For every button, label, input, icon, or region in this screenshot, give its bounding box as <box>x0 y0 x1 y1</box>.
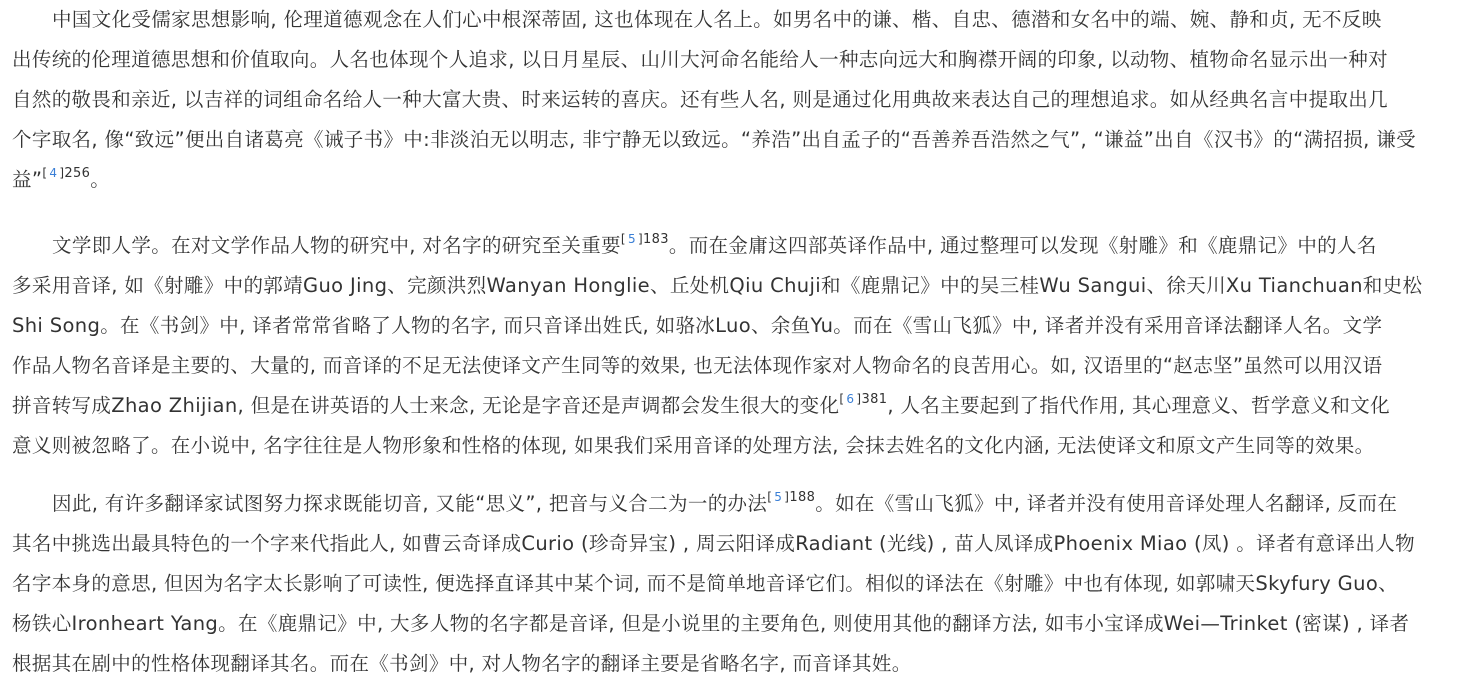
citation-page-number: 256 <box>64 166 90 181</box>
text-segment: 因此, 有许多翻译家试图努力探求既能切音, 又能“思义”, 把音与义合二为一的办… <box>52 492 767 515</box>
citation-link[interactable]: 4 <box>47 166 59 180</box>
text-line: 其名中挑选出最具特色的一个字来代指此人, 如曹云奇译成Curio (珍奇异宝) … <box>12 524 1452 564</box>
text-segment: 文学即人学。在对文学作品人物的研究中, 对名字的研究至关重要 <box>52 234 621 257</box>
citation-link[interactable]: 5 <box>772 490 784 504</box>
text-line: 因此, 有许多翻译家试图努力探求既能切音, 又能“思义”, 把音与义合二为一的办… <box>12 484 1452 524</box>
text-line: 作品人物名音译是主要的、大量的, 而音译的不足无法使译文产生同等的效果, 也无法… <box>12 346 1452 386</box>
text-segment: 。如在《雪山飞狐》中, 译者并没有使用音译处理人名翻译, 反而在 <box>815 492 1397 515</box>
text-line: 出传统的伦理道德思想和价值取向。人名也体现个人追求, 以日月星辰、山川大河命名能… <box>12 40 1452 80</box>
text-line: 根据其在剧中的性格体现翻译其名。而在《书剑》中, 对人物名字的翻译主要是省略名字… <box>12 644 1452 684</box>
text-segment: 益” <box>12 168 42 191</box>
text-line: 益”[4]256。 <box>12 160 1452 200</box>
citation-reference[interactable]: [4] <box>42 166 64 180</box>
text-line: 意义则被忽略了。在小说中, 名字往往是人物形象和性格的体现, 如果我们采用音译的… <box>12 426 1452 466</box>
citation-reference[interactable]: [5] <box>767 490 789 504</box>
citation-link[interactable]: 6 <box>844 392 856 406</box>
citation-page-number: 183 <box>643 232 669 247</box>
text-line: 个字取名, 像“致远”便出自诸葛亮《诫子书》中:非淡泊无以明志, 非宁静无以致远… <box>12 120 1452 160</box>
text-segment: 。 <box>90 168 110 191</box>
paragraph-3: 因此, 有许多翻译家试图努力探求既能切音, 又能“思义”, 把音与义合二为一的办… <box>12 484 1452 684</box>
text-line: 中国文化受儒家思想影响, 伦理道德观念在人们心中根深蒂固, 这也体现在人名上。如… <box>12 0 1452 40</box>
citation-reference[interactable]: [6] <box>839 392 861 406</box>
text-line: 多采用音译, 如《射雕》中的郭靖Guo Jing、完颜洪烈Wanyan Hong… <box>12 266 1452 306</box>
paragraph-2: 文学即人学。在对文学作品人物的研究中, 对名字的研究至关重要[5]183。而在金… <box>12 226 1452 466</box>
text-line: 名字本身的意思, 但因为名字太长影响了可读性, 便选择直译其中某个词, 而不是简… <box>12 564 1452 604</box>
text-line: Shi Song。在《书剑》中, 译者常常省略了人物的名字, 而只音译出姓氏, … <box>12 306 1452 346</box>
text-line: 文学即人学。在对文学作品人物的研究中, 对名字的研究至关重要[5]183。而在金… <box>12 226 1452 266</box>
text-segment: 拼音转写成Zhao Zhijian, 但是在讲英语的人士来念, 无论是字音还是声… <box>12 394 839 417</box>
article-body: 中国文化受儒家思想影响, 伦理道德观念在人们心中根深蒂固, 这也体现在人名上。如… <box>0 0 1472 688</box>
paragraph-1: 中国文化受儒家思想影响, 伦理道德观念在人们心中根深蒂固, 这也体现在人名上。如… <box>12 0 1452 200</box>
text-line: 拼音转写成Zhao Zhijian, 但是在讲英语的人士来念, 无论是字音还是声… <box>12 386 1452 426</box>
citation-page-number: 188 <box>789 490 815 505</box>
text-segment: 。而在金庸这四部英译作品中, 通过整理可以发现《射雕》和《鹿鼎记》中的人名 <box>669 234 1377 257</box>
text-line: 自然的敬畏和亲近, 以吉祥的词组命名给人一种大富大贵、时来运转的喜庆。还有些人名… <box>12 80 1452 120</box>
text-segment: , 人名主要起到了指代作用, 其心理意义、哲学意义和文化 <box>887 394 1390 417</box>
citation-link[interactable]: 5 <box>626 232 638 246</box>
text-line: 杨铁心Ironheart Yang。在《鹿鼎记》中, 大多人物的名字都是音译, … <box>12 604 1452 644</box>
citation-reference[interactable]: [5] <box>621 232 643 246</box>
citation-page-number: 381 <box>861 392 887 407</box>
